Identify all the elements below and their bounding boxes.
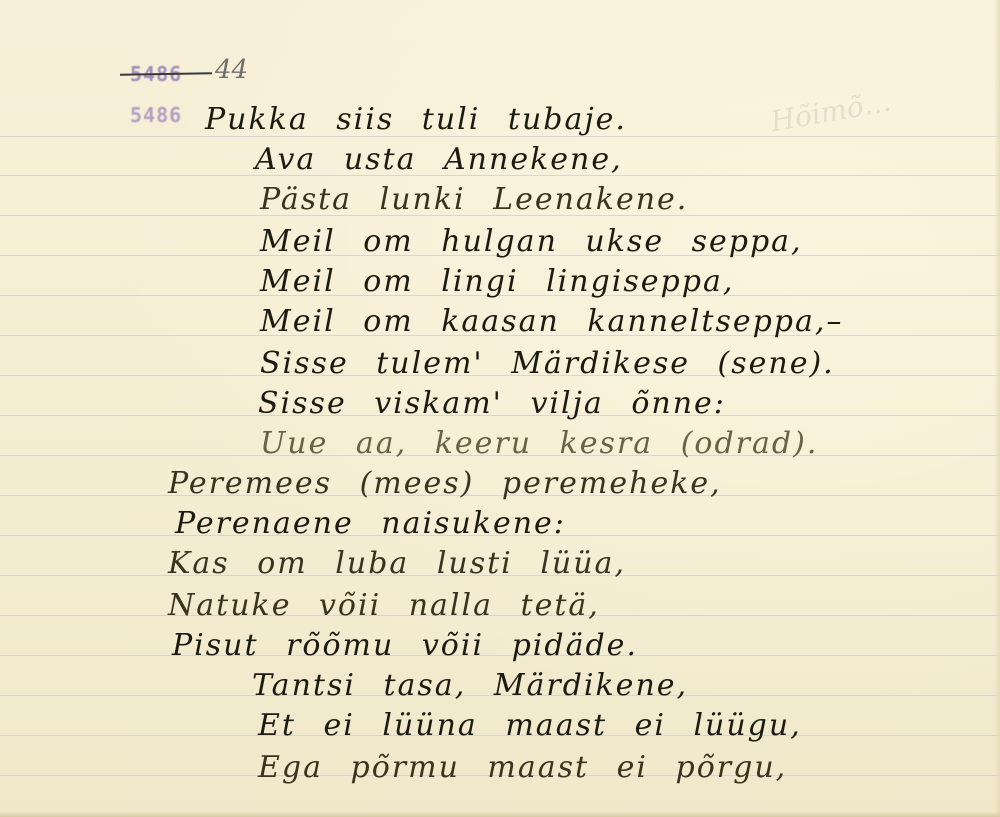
manuscript-page: Hõimõ… 5486 5486 44 Pukka siis tuli tuba… (0, 0, 1000, 817)
page-number: 44 (215, 55, 248, 85)
poem-line: Tantsi tasa, Märdikene, (252, 666, 688, 706)
poem-line: Perenaene naisukene: (175, 504, 566, 544)
poem-line: Kas om luba lusti lüüa, (168, 544, 626, 584)
poem-line: Uue aa, keeru kesra (odrad). (260, 424, 818, 464)
poem-line: Meil om lingi lingiseppa, (260, 262, 734, 302)
poem-line: Meil om hulgan ukse seppa, (260, 222, 803, 262)
archive-stamp-bottom: 5486 (130, 103, 182, 127)
paper-edge-bottom (0, 811, 1000, 817)
bleed-through-text: Hõimõ… (768, 85, 894, 139)
poem-line: Sisse viskam' vilja õnne: (258, 384, 726, 424)
poem-line: Sisse tulem' Märdikese (sene). (260, 344, 835, 384)
poem-line: Et ei lüüna maast ei lüügu, (258, 706, 802, 746)
poem-line: Natuke võii nalla tetä, (168, 586, 600, 626)
poem-line: Pästa lunki Leenakene. (260, 180, 688, 220)
poem-line: Ega põrmu maast ei põrgu, (258, 748, 787, 788)
poem-line: Ava usta Annekene, (255, 140, 623, 180)
poem-line: Meil om kaasan kanneltseppa,– (260, 302, 843, 342)
poem-line: Pukka siis tuli tubaje. (205, 100, 627, 140)
poem-line: Peremees (mees) peremeheke, (168, 464, 722, 504)
paper-edge-right (994, 0, 1000, 817)
poem-line: Pisut rõõmu võii pidäde. (172, 626, 638, 666)
